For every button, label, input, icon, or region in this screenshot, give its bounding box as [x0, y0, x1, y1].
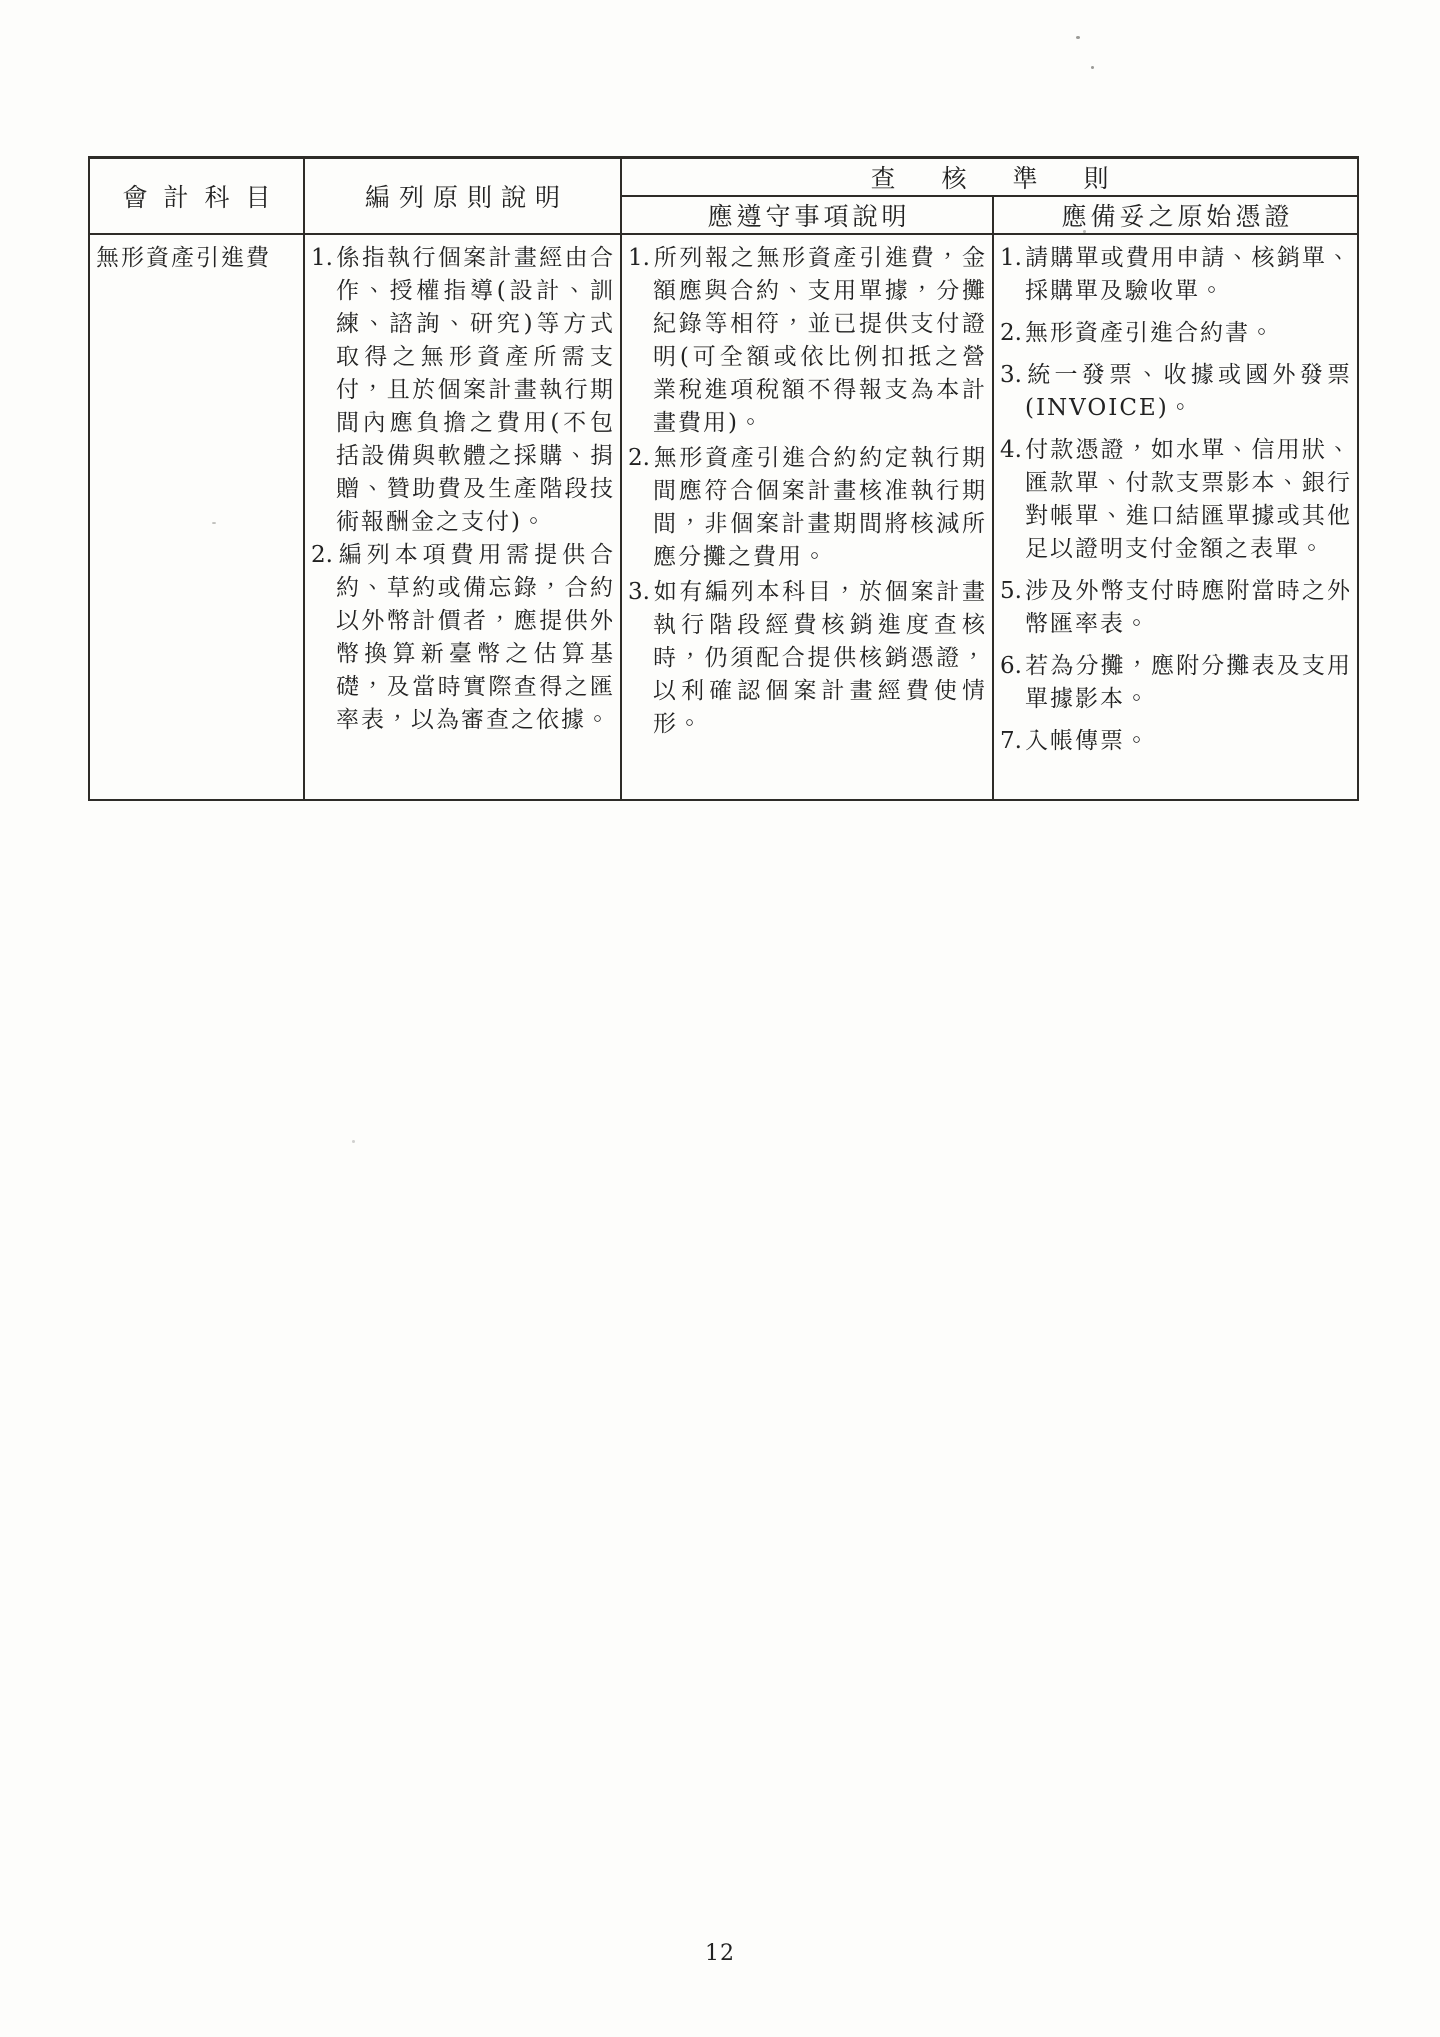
table-row: 無形資產引進費 1.係指執行個案計畫經由合作、授權指導(設計、訓練、諮詢、研究)…: [89, 234, 1358, 800]
item-number: 5.: [1000, 575, 1025, 608]
header-account-subject: 會計科目: [89, 158, 304, 235]
header-account-subject-label: 會計科目: [106, 183, 286, 212]
cell-principle-items: 1.係指執行個案計畫經由合作、授權指導(設計、訓練、諮詢、研究)等方式取得之無形…: [304, 234, 621, 800]
scanned-document-page: 會計科目 編列原則說明 查核準則 應遵守事項說明 應備妥之原始憑證: [0, 0, 1440, 2037]
item-number: 3.: [1000, 359, 1025, 392]
item-text: 無形資產引進合約書。: [1025, 320, 1275, 346]
scan-speck: [1078, 321, 1081, 324]
item-number: 1.: [628, 242, 653, 275]
item-text: 所列報之無形資產引進費，金額應與合約、支用單據，分攤紀錄等相符，並已提供支付證明…: [653, 245, 987, 436]
item-text: 涉及外幣支付時應附當時之外幣匯率表。: [1025, 578, 1352, 637]
header-original-vouchers: 應備妥之原始憑證: [993, 196, 1358, 234]
list-item: 3.統一發票、收據或國外發票(INVOICE)。: [1000, 359, 1352, 425]
header-compliance-notes-label: 應遵守事項說明: [703, 202, 910, 231]
list-item: 6.若為分攤，應附分攤表及支用單據影本。: [1000, 650, 1352, 716]
list-item: 2.無形資產引進合約約定執行期間應符合個案計畫核准執行期間，非個案計畫期間將核減…: [628, 442, 987, 574]
item-number: 6.: [1000, 650, 1025, 683]
item-number: 2.: [1000, 317, 1025, 350]
item-text: 入帳傳票。: [1025, 728, 1150, 754]
header-principle-description-label: 編列原則說明: [356, 183, 569, 212]
list-item: 1.係指執行個案計畫經由合作、授權指導(設計、訓練、諮詢、研究)等方式取得之無形…: [311, 242, 615, 539]
page-number: 12: [0, 1941, 1440, 1966]
item-text: 無形資產引進合約約定執行期間應符合個案計畫核准執行期間，非個案計畫期間將核減所應…: [653, 445, 987, 570]
header-audit-criteria: 查核準則: [621, 158, 1358, 197]
list-item: 2.無形資產引進合約書。: [1000, 317, 1352, 350]
header-compliance-notes: 應遵守事項說明: [621, 196, 993, 234]
cell-account-subject: 無形資產引進費: [89, 234, 304, 800]
header-audit-criteria-label: 查核準則: [825, 164, 1155, 193]
item-text: 付款憑證，如水單、信用狀、匯款單、付款支票影本、銀行對帳單、進口結匯單據或其他足…: [1025, 437, 1352, 562]
cell-voucher-items: 1.請購單或費用申請、核銷單、採購單及驗收單。2.無形資產引進合約書。3.統一發…: [993, 234, 1358, 800]
item-number: 1.: [1000, 242, 1025, 275]
list-item: 1.請購單或費用申請、核銷單、採購單及驗收單。: [1000, 242, 1352, 308]
scan-speck: [212, 522, 216, 524]
list-item: 2.編列本項費用需提供合約、草約或備忘錄，合約以外幣計價者，應提供外幣換算新臺幣…: [311, 539, 615, 737]
item-number: 2.: [628, 442, 653, 475]
list-item: 7.入帳傳票。: [1000, 725, 1352, 758]
scan-speck: [1083, 230, 1086, 233]
cell-compliance-items: 1.所列報之無形資產引進費，金額應與合約、支用單據，分攤紀錄等相符，並已提供支付…: [621, 234, 993, 800]
item-number: 1.: [311, 242, 336, 275]
list-item: 1.所列報之無形資產引進費，金額應與合約、支用單據，分攤紀錄等相符，並已提供支付…: [628, 242, 987, 440]
item-text: 統一發票、收據或國外發票(INVOICE)。: [1025, 362, 1352, 421]
list-item: 4.付款憑證，如水單、信用狀、匯款單、付款支票影本、銀行對帳單、進口結匯單據或其…: [1000, 434, 1352, 566]
item-text: 係指執行個案計畫經由合作、授權指導(設計、訓練、諮詢、研究)等方式取得之無形資產…: [336, 245, 615, 535]
item-number: 7.: [1000, 725, 1025, 758]
scan-speck: [1091, 66, 1094, 69]
list-item: 3.如有編列本科目，於個案計畫執行階段經費核銷進度查核時，仍須配合提供核銷憑證，…: [628, 576, 987, 741]
header-original-vouchers-label: 應備妥之原始憑證: [1058, 202, 1294, 231]
item-number: 3.: [628, 576, 653, 609]
list-item: 5.涉及外幣支付時應附當時之外幣匯率表。: [1000, 575, 1352, 641]
item-text: 請購單或費用申請、核銷單、採購單及驗收單。: [1025, 245, 1352, 304]
item-number: 4.: [1000, 434, 1025, 467]
item-number: 2.: [311, 539, 336, 572]
audit-criteria-table: 會計科目 編列原則說明 查核準則 應遵守事項說明 應備妥之原始憑證: [88, 156, 1359, 801]
item-text: 編列本項費用需提供合約、草約或備忘錄，合約以外幣計價者，應提供外幣換算新臺幣之估…: [336, 542, 615, 733]
header-principle-description: 編列原則說明: [304, 158, 621, 235]
item-text: 若為分攤，應附分攤表及支用單據影本。: [1025, 653, 1352, 712]
scan-speck: [352, 1140, 355, 1143]
scan-speck: [1076, 36, 1080, 39]
item-text: 如有編列本科目，於個案計畫執行階段經費核銷進度查核時，仍須配合提供核銷憑證，以利…: [653, 579, 987, 737]
